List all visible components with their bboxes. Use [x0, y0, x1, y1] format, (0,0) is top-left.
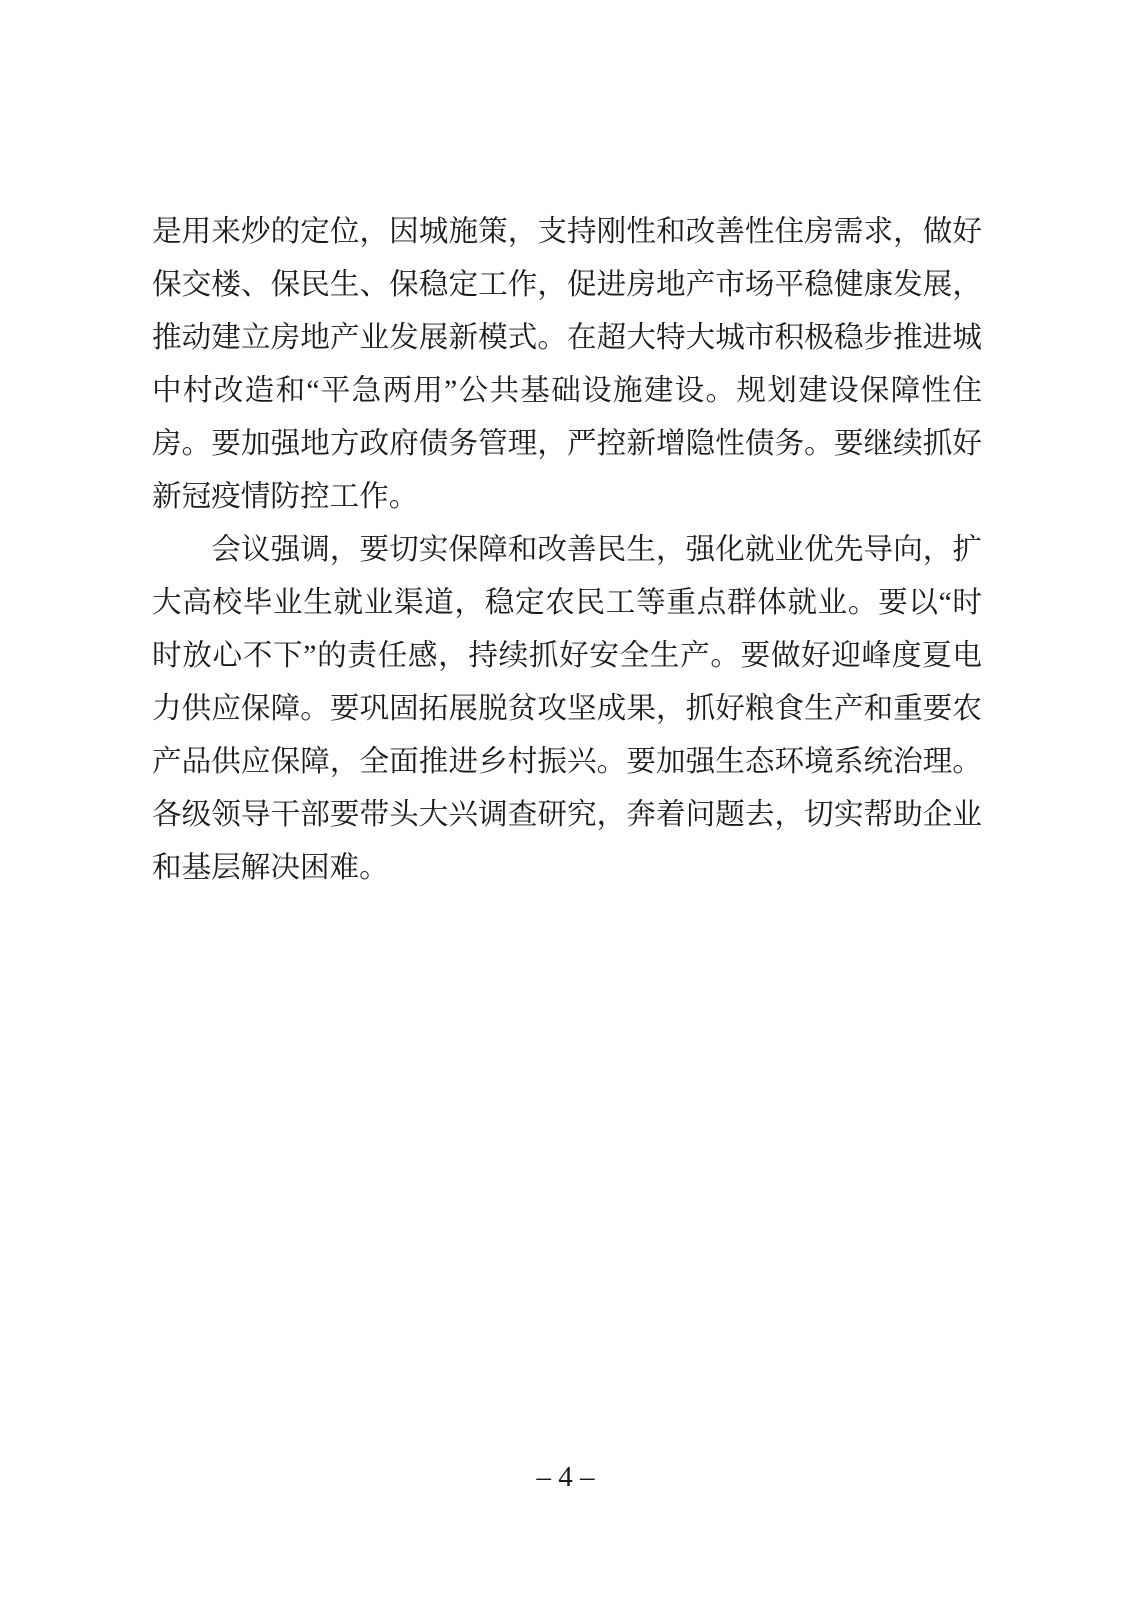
paragraph: 是用来炒的定位，因城施策，支持刚性和改善性住房需求，做好保交楼、保民生、保稳定工… — [152, 206, 982, 524]
text-line: 各级领导干部要带头大兴调查研究，奔着问题去，切实帮助企业 — [152, 789, 982, 842]
document-page: 是用来炒的定位，因城施策，支持刚性和改善性住房需求，做好保交楼、保民生、保稳定工… — [0, 0, 1131, 1600]
paragraph: 会议强调，要切实保障和改善民生，强化就业优先导向，扩大高校毕业生就业渠道，稳定农… — [152, 524, 982, 895]
text-line: 时放心不下”的责任感，持续抓好安全生产。要做好迎峰度夏电 — [152, 630, 982, 683]
page-number: – 4 – — [0, 1460, 1131, 1494]
text-line: 新冠疫情防控工作。 — [152, 471, 982, 524]
text-line: 力供应保障。要巩固拓展脱贫攻坚成果，抓好粮食生产和重要农 — [152, 683, 982, 736]
text-line: 是用来炒的定位，因城施策，支持刚性和改善性住房需求，做好 — [152, 206, 982, 259]
text-line: 产品供应保障，全面推进乡村振兴。要加强生态环境系统治理。 — [152, 736, 982, 789]
document-body: 是用来炒的定位，因城施策，支持刚性和改善性住房需求，做好保交楼、保民生、保稳定工… — [152, 206, 982, 895]
text-line: 中村改造和“平急两用”公共基础设施建设。规划建设保障性住 — [152, 365, 982, 418]
text-line: 房。要加强地方政府债务管理，严控新增隐性债务。要继续抓好 — [152, 418, 982, 471]
text-line: 和基层解决困难。 — [152, 842, 982, 895]
text-line: 大高校毕业生就业渠道，稳定农民工等重点群体就业。要以“时 — [152, 577, 982, 630]
text-line: 推动建立房地产业发展新模式。在超大特大城市积极稳步推进城 — [152, 312, 982, 365]
text-line: 保交楼、保民生、保稳定工作，促进房地产市场平稳健康发展， — [152, 259, 982, 312]
text-line: 会议强调，要切实保障和改善民生，强化就业优先导向，扩 — [152, 524, 982, 577]
